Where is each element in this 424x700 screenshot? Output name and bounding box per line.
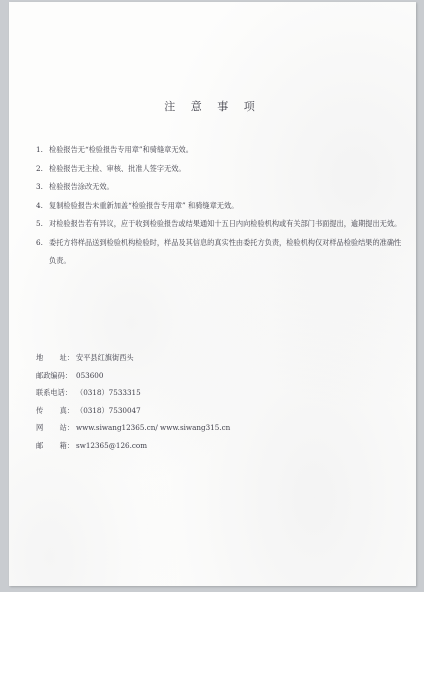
notice-number: 1. — [36, 141, 49, 160]
postcode-value: 053600 — [74, 367, 103, 385]
contact-fax: 传 真： （0318）7530047 — [36, 402, 230, 420]
notice-number: 2. — [36, 160, 49, 179]
contact-website: 网 站： www.siwang12365.cn/ www.siwang315.c… — [36, 419, 230, 437]
notice-list: 1. 检验报告无“检验报告专用章”和骑缝章无效。 2. 检验报告无主检、审核、批… — [36, 141, 408, 271]
notice-item: 1. 检验报告无“检验报告专用章”和骑缝章无效。 — [36, 141, 408, 160]
label-part: 站： — [60, 419, 74, 437]
label-part: 址： — [60, 349, 74, 367]
label-part: 传 — [36, 402, 43, 420]
contact-label: 邮 箱： — [36, 437, 74, 455]
notice-text: 检验报告无“检验报告专用章”和骑缝章无效。 — [49, 141, 408, 160]
notice-text: 检验报告无主检、审核、批准人签字无效。 — [49, 160, 408, 179]
notice-text: 委托方将样品送到检验机构检验时，样品及其信息的真实性由委托方负责，检验机构仅对样… — [49, 234, 408, 271]
label-part: 联系电话： — [36, 384, 72, 402]
notice-item: 6. 委托方将样品送到检验机构检验时，样品及其信息的真实性由委托方负责，检验机构… — [36, 234, 408, 271]
label-part: 地 — [36, 349, 43, 367]
notice-item: 2. 检验报告无主检、审核、批准人签字无效。 — [36, 160, 408, 179]
fax-value: （0318）7530047 — [74, 402, 141, 420]
email-value: sw12365@126.com — [74, 437, 147, 455]
contact-label: 联系电话： — [36, 384, 74, 402]
contact-label: 邮政编码： — [36, 367, 74, 385]
notice-number: 6. — [36, 234, 49, 271]
label-part: 网 — [36, 419, 43, 437]
contact-postcode: 邮政编码： 053600 — [36, 367, 230, 385]
document-title: 注 意 事 项 — [9, 98, 416, 114]
label-part: 邮政编码： — [36, 367, 72, 385]
notice-item: 5. 对检验报告若有异议，应于收到检验报告或结果通知十五日内向检验机构或有关部门… — [36, 215, 408, 234]
contact-phone: 联系电话： （0318）7533315 — [36, 384, 230, 402]
notice-text: 复制检验报告未重新加盖“检验报告专用章” 和骑缝章无效。 — [49, 197, 408, 216]
label-part: 邮 — [36, 437, 43, 455]
notice-item: 3. 检验报告涂改无效。 — [36, 178, 408, 197]
notice-text: 对检验报告若有异议，应于收到检验报告或结果通知十五日内向检验机构或有关部门书面提… — [49, 215, 408, 234]
document-page: 注 意 事 项 1. 检验报告无“检验报告专用章”和骑缝章无效。 2. 检验报告… — [9, 2, 416, 586]
label-part: 箱： — [60, 437, 74, 455]
phone-value: （0318）7533315 — [74, 384, 141, 402]
address-value: 安平县红旗街西头 — [74, 349, 134, 367]
paper-texture — [9, 2, 416, 586]
scan-background: 注 意 事 项 1. 检验报告无“检验报告专用章”和骑缝章无效。 2. 检验报告… — [0, 0, 424, 592]
website-value: www.siwang12365.cn/ www.siwang315.cn — [74, 419, 230, 437]
contact-label: 网 站： — [36, 419, 74, 437]
contact-label: 传 真： — [36, 402, 74, 420]
notice-number: 5. — [36, 215, 49, 234]
contact-email: 邮 箱： sw12365@126.com — [36, 437, 230, 455]
notice-number: 4. — [36, 197, 49, 216]
label-part: 真： — [60, 402, 74, 420]
contact-label: 地 址： — [36, 349, 74, 367]
notice-item: 4. 复制检验报告未重新加盖“检验报告专用章” 和骑缝章无效。 — [36, 197, 408, 216]
contact-address: 地 址： 安平县红旗街西头 — [36, 349, 230, 367]
contact-info: 地 址： 安平县红旗街西头 邮政编码： 053600 联系电话： （0318）7… — [36, 349, 230, 455]
notice-text: 检验报告涂改无效。 — [49, 178, 408, 197]
notice-number: 3. — [36, 178, 49, 197]
